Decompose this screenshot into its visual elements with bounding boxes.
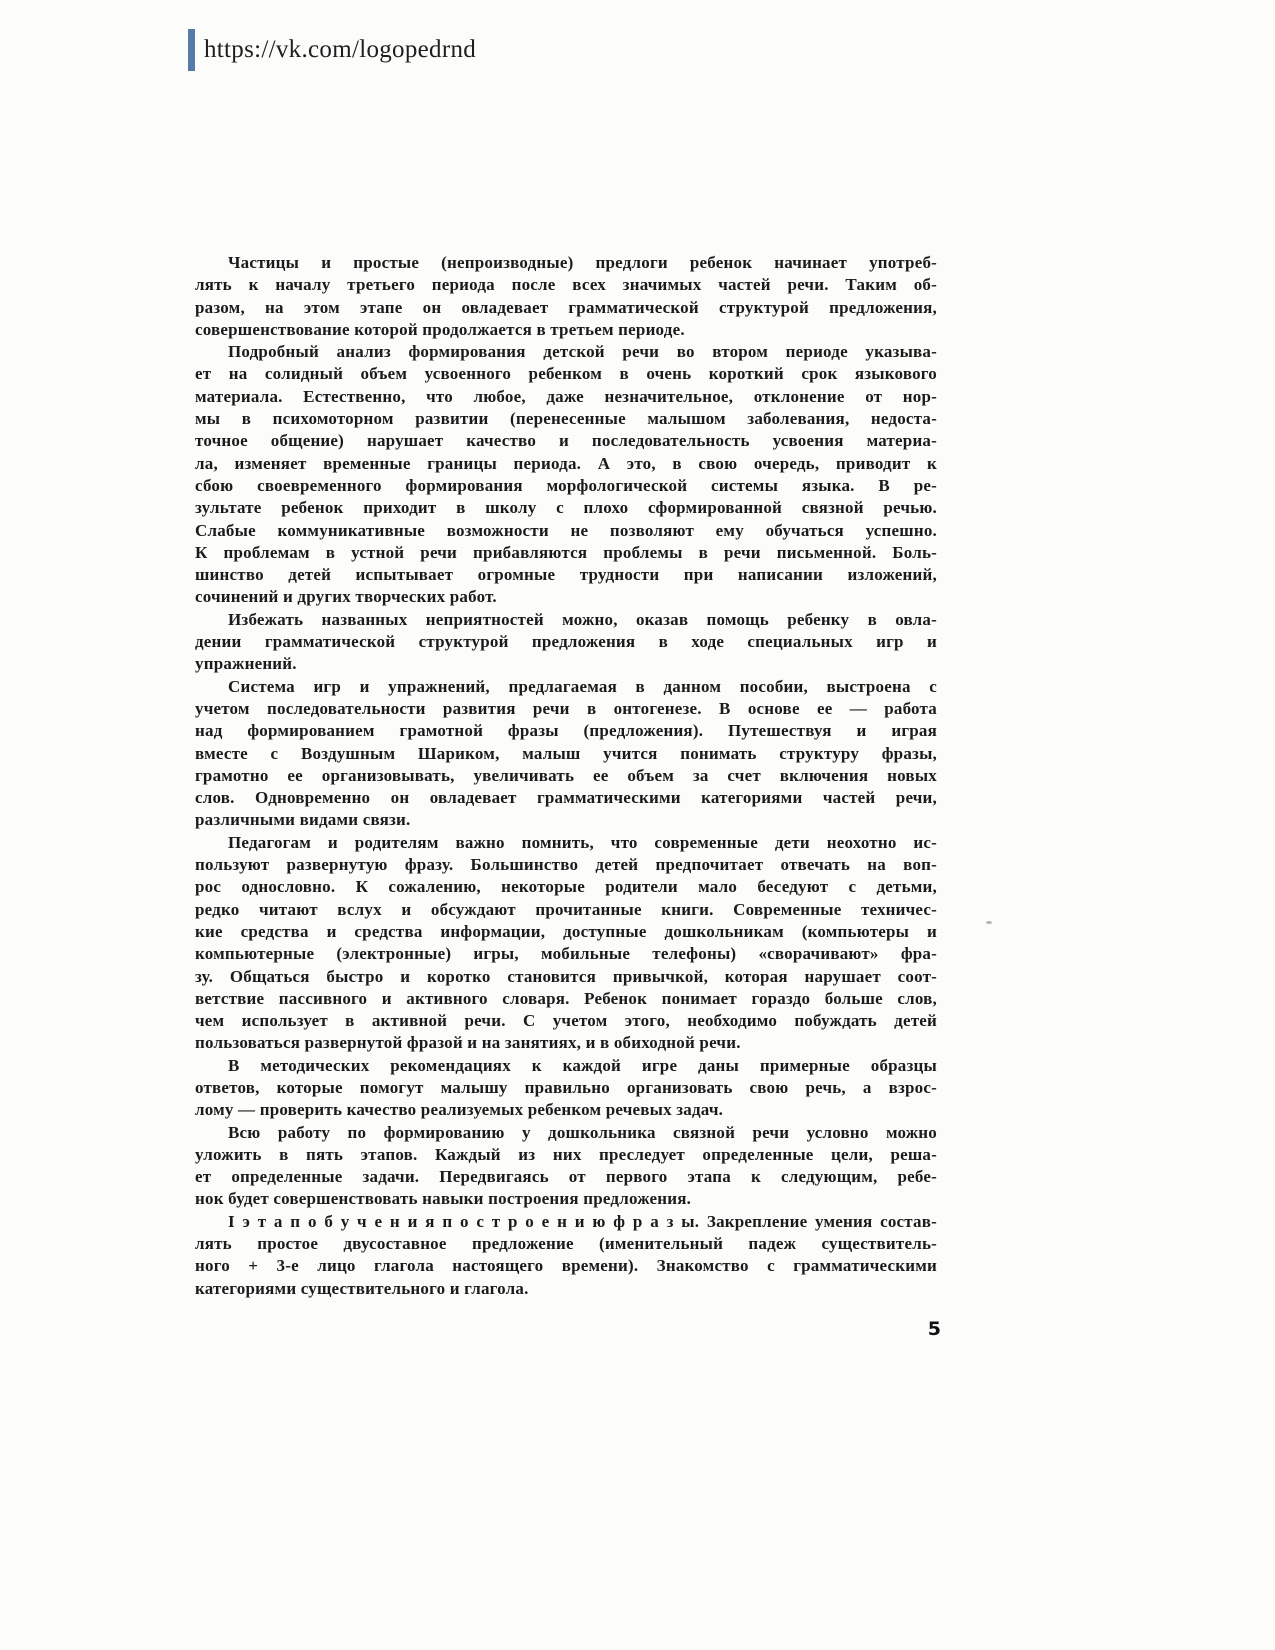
paragraph: Частицы и простые (непроизводные) предло… bbox=[195, 252, 937, 341]
text-line: кие средства и средства информации, дост… bbox=[195, 921, 937, 943]
text-line: грамотно ее организовывать, увеличивать … bbox=[195, 765, 937, 787]
text-line: ет определенные задачи. Передвигаясь от … bbox=[195, 1166, 937, 1188]
text-line: компьютерные (электронные) игры, мобильн… bbox=[195, 943, 937, 965]
text-line: лому — проверить качество реализуемых ре… bbox=[195, 1099, 937, 1121]
text-line: Подробный анализ формирования детской ре… bbox=[195, 341, 937, 363]
text-line: лять к началу третьего периода после все… bbox=[195, 274, 937, 296]
text-line: ветствие пассивного и активного словаря.… bbox=[195, 988, 937, 1010]
text-line: зультате ребенок приходит в школу с плох… bbox=[195, 497, 937, 519]
text-line: шинство детей испытывает огромные трудно… bbox=[195, 564, 937, 586]
text-line: упражнений. bbox=[195, 653, 937, 675]
paragraph: Система игр и упражнений, предлагаемая в… bbox=[195, 676, 937, 832]
text-line: слов. Одновременно он овладевает граммат… bbox=[195, 787, 937, 809]
text-line: нок будет совершенствовать навыки постро… bbox=[195, 1188, 937, 1210]
text-line: ного + 3-е лицо глагола настоящего време… bbox=[195, 1255, 937, 1277]
text-line: редко читают вслух и обсуждают прочитанн… bbox=[195, 899, 937, 921]
text-line: сбою своевременного формирования морфоло… bbox=[195, 475, 937, 497]
text-line: дении грамматической структурой предложе… bbox=[195, 631, 937, 653]
text-line: сочинений и других творческих работ. bbox=[195, 586, 937, 608]
text-line: ла, изменяет временные границы периода. … bbox=[195, 453, 937, 475]
paragraph: Избежать названных неприятностей можно, … bbox=[195, 609, 937, 676]
text-line: чем использует в активной речи. С учетом… bbox=[195, 1010, 937, 1032]
text-line: пользоваться развернутой фразой и на зан… bbox=[195, 1032, 937, 1054]
text-line: над формированием грамотной фразы (предл… bbox=[195, 720, 937, 742]
text-line: различными видами связи. bbox=[195, 809, 937, 831]
paragraph: I э т а п о б у ч е н и я п о с т р о е … bbox=[195, 1211, 937, 1300]
text-line: ответов, которые помогут малышу правильн… bbox=[195, 1077, 937, 1099]
scan-speck bbox=[986, 921, 992, 924]
text-line: рос однословно. К сожалению, некоторые р… bbox=[195, 876, 937, 898]
paragraph: Подробный анализ формирования детской ре… bbox=[195, 341, 937, 609]
text-line: мы в психомоторном развитии (перенесенны… bbox=[195, 408, 937, 430]
text-line: Педагогам и родителям важно помнить, что… bbox=[195, 832, 937, 854]
text-line: разом, на этом этапе он овладевает грамм… bbox=[195, 297, 937, 319]
text-line: Система игр и упражнений, предлагаемая в… bbox=[195, 676, 937, 698]
text-line: вместе с Воздушным Шариком, малыш учится… bbox=[195, 743, 937, 765]
page-number: 5 bbox=[195, 1318, 941, 1340]
text-line: ет на солидный объем усвоенного ребенком… bbox=[195, 363, 937, 385]
paragraph: Педагогам и родителям важно помнить, что… bbox=[195, 832, 937, 1055]
text-line: В методических рекомендациях к каждой иг… bbox=[195, 1055, 937, 1077]
text-line: зу. Общаться быстро и коротко становится… bbox=[195, 966, 937, 988]
text-line: уложить в пять этапов. Каждый из них пре… bbox=[195, 1144, 937, 1166]
text-line: материала. Естественно, что любое, даже … bbox=[195, 386, 937, 408]
vk-url-text: https://vk.com/logopedrnd bbox=[204, 36, 476, 64]
text-line: пользуют развернутую фразу. Большинство … bbox=[195, 854, 937, 876]
text-line: Частицы и простые (непроизводные) предло… bbox=[195, 252, 937, 274]
scanned-book-page: https://vk.com/logopedrnd Частицы и прос… bbox=[0, 0, 1275, 1650]
text-block: Частицы и простые (непроизводные) предло… bbox=[195, 252, 937, 1300]
text-line: категориями существительного и глагола. bbox=[195, 1278, 937, 1300]
paragraph: Всю работу по формированию у дошкольника… bbox=[195, 1122, 937, 1211]
text-line: К проблемам в устной речи прибавляются п… bbox=[195, 542, 937, 564]
text-line: учетом последовательности развития речи … bbox=[195, 698, 937, 720]
text-line: Избежать названных неприятностей можно, … bbox=[195, 609, 937, 631]
text-line: лять простое двусоставное предложение (и… bbox=[195, 1233, 937, 1255]
text-line: Слабые коммуникативные возможности не по… bbox=[195, 520, 937, 542]
text-line: I э т а п о б у ч е н и я п о с т р о е … bbox=[195, 1211, 937, 1233]
text-line: точное общение) нарушает качество и посл… bbox=[195, 430, 937, 452]
vk-url-header: https://vk.com/logopedrnd bbox=[188, 29, 476, 71]
text-line: Всю работу по формированию у дошкольника… bbox=[195, 1122, 937, 1144]
accent-bar bbox=[188, 29, 195, 71]
text-line: совершенствование которой продолжается в… bbox=[195, 319, 937, 341]
paragraph: В методических рекомендациях к каждой иг… bbox=[195, 1055, 937, 1122]
